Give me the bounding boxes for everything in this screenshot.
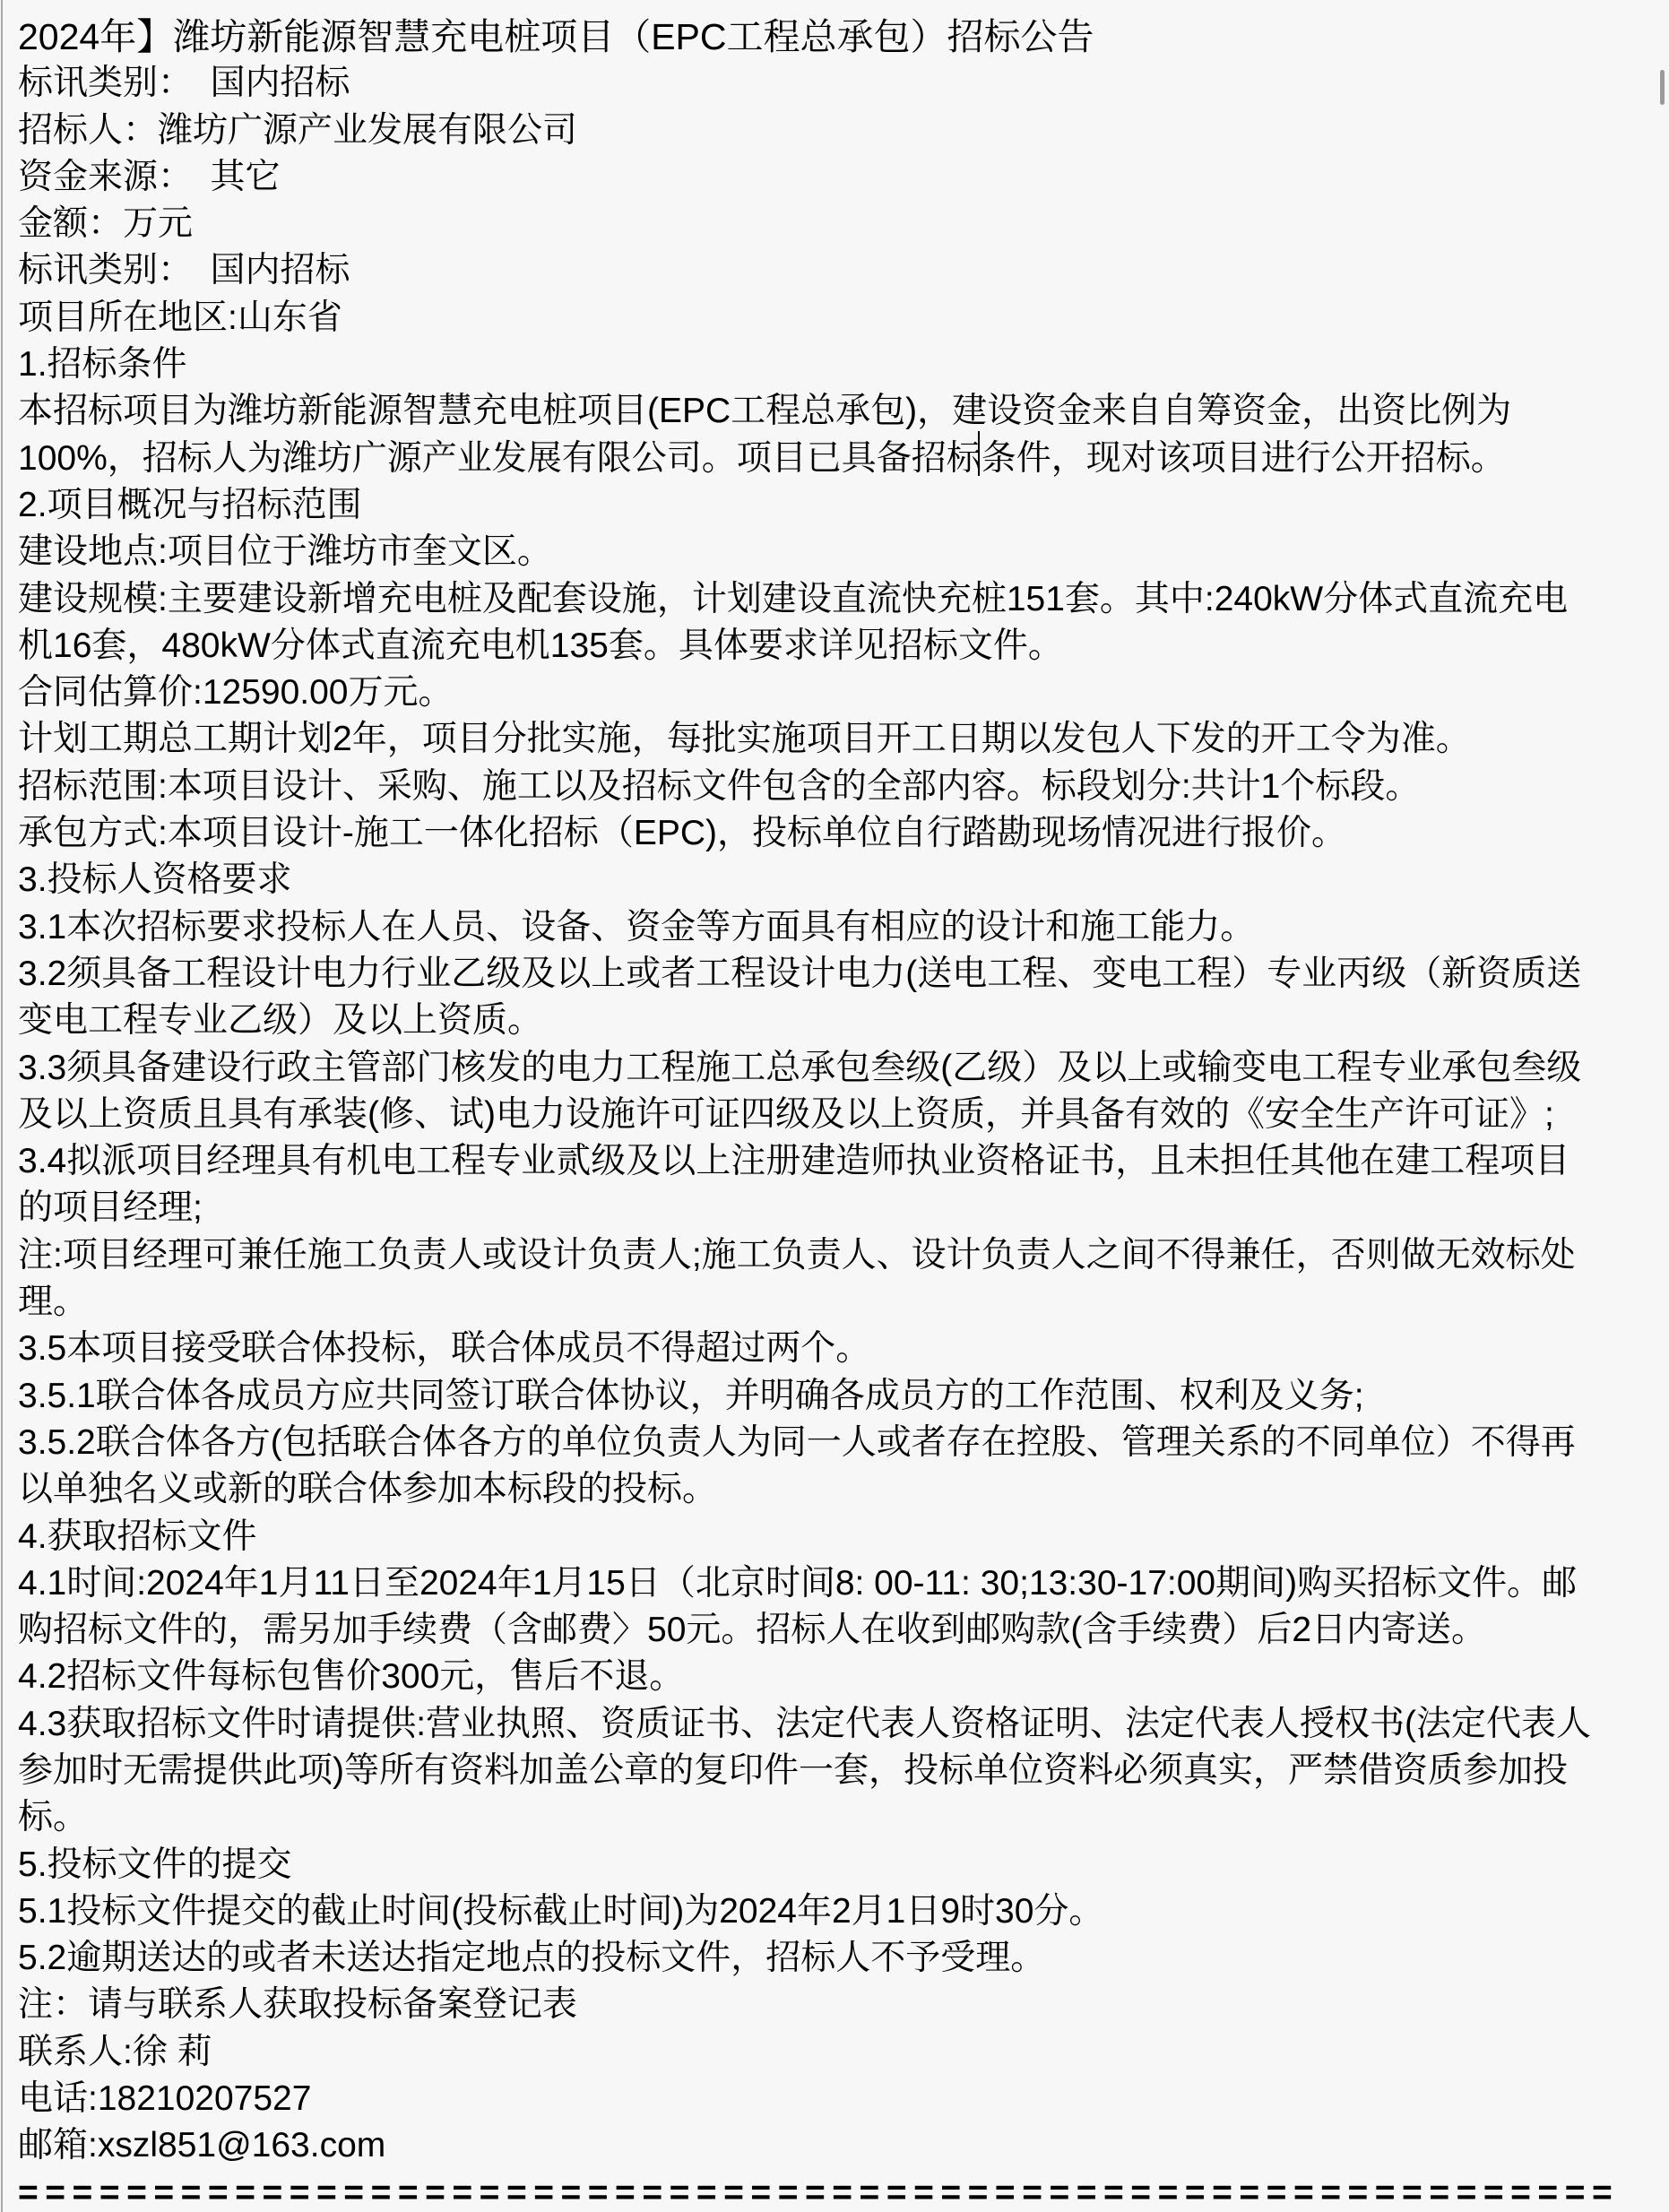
text-line: 建设规模:主要建设新增充电桩及配套设施，计划建设直流快充桩151套。其中:240… [18, 576, 1660, 623]
text-line: 招标范围:本项目设计、采购、施工以及招标文件包含的全部内容。标段划分:共计1个标… [18, 764, 1660, 810]
separator-line: ========================================… [18, 2170, 1660, 2212]
announcement-lines: 标讯类别： 国内招标招标人：潍坊广源产业发展有限公司资金来源： 其它金额：万元标… [18, 60, 1660, 2169]
text-line: 金额：万元 [18, 201, 1660, 247]
text-line: 标。 [18, 1794, 1660, 1841]
text-line: 本招标项目为潍坊新能源智慧充电桩项目(EPC工程总承包)，建设资金来自自筹资金，… [18, 388, 1660, 435]
text-line: 电话:18210207527 [18, 2076, 1660, 2122]
scrollbar-thumb[interactable] [1660, 70, 1665, 105]
text-line: 3.投标人资格要求 [18, 857, 1660, 903]
text-line: 100%，招标人为潍坊广源产业发展有限公司。项目已具备招标条件，现对该项目进行公… [18, 436, 1660, 482]
text-line: 联系人:徐 莉 [18, 2029, 1660, 2076]
text-line: 以单独名义或新的联合体参加本标段的投标。 [18, 1466, 1660, 1513]
text-line: 5.投标文件的提交 [18, 1842, 1660, 1888]
text-line: 4.3获取招标文件时请提供:营业执照、资质证书、法定代表人资格证明、法定代表人授… [18, 1701, 1660, 1748]
text-line: 机16套，480kW分体式直流充电机135套。具体要求详见招标文件。 [18, 623, 1660, 670]
text-line: 2.项目概况与招标范围 [18, 482, 1660, 529]
text-line: 参加时无需提供此项)等所有资料加盖公章的复印件一套，投标单位资料必须真实，严禁借… [18, 1748, 1660, 1794]
text-line: 项目所在地区:山东省 [18, 295, 1660, 341]
text-line: 3.2须具备工程设计电力行业乙级及以上或者工程设计电力(送电工程、变电工程）专业… [18, 951, 1660, 998]
text-line: 4.获取招标文件 [18, 1514, 1660, 1560]
text-line: 3.4拟派项目经理具有机电工程专业贰级及以上注册建造师执业资格证书，且未担任其他… [18, 1138, 1660, 1185]
text-line: 4.1时间:2024年1月11日至2024年1月15日（北京时间8: 00-11… [18, 1560, 1660, 1607]
text-line: 理。 [18, 1279, 1660, 1326]
announcement-page: 2024年】潍坊新能源智慧充电桩项目（EPC工程总承包）招标公告 标讯类别： 国… [0, 0, 1669, 2212]
text-line: 及以上资质且具有承装(修、试)电力设施许可证四级及以上资质，并具备有效的《安全生… [18, 1092, 1660, 1138]
text-line: 3.3须具备建设行政主管部门核发的电力工程施工总承包叁级(乙级）及以上或输变电工… [18, 1045, 1660, 1092]
text-line: 资金来源： 其它 [18, 154, 1660, 201]
text-line: 3.5本项目接受联合体投标，联合体成员不得超过两个。 [18, 1326, 1660, 1372]
text-line: 标讯类别： 国内招标 [18, 60, 1660, 107]
text-line: 3.1本次招标要求投标人在人员、设备、资金等方面具有相应的设计和施工能力。 [18, 904, 1660, 951]
text-line: 5.2逾期送达的或者未送达指定地点的投标文件，招标人不予受理。 [18, 1935, 1660, 1982]
text-line: 建设地点:项目位于潍坊市奎文区。 [18, 529, 1660, 575]
text-line: 合同估算价:12590.00万元。 [18, 670, 1660, 716]
text-line: 标讯类别： 国内招标 [18, 247, 1660, 294]
text-line: 3.5.1联合体各成员方应共同签订联合体协议，并明确各成员方的工作范围、权利及义… [18, 1373, 1660, 1420]
text-line: 计划工期总工期计划2年，项目分批实施，每批实施项目开工日期以发包人下发的开工令为… [18, 716, 1660, 763]
text-line: 变电工程专业乙级）及以上资质。 [18, 998, 1660, 1044]
text-caret [978, 431, 980, 476]
text-line: 注：请与联系人获取投标备案登记表 [18, 1982, 1660, 2028]
text-line: 招标人：潍坊广源产业发展有限公司 [18, 108, 1660, 154]
text-line: 5.1投标文件提交的截止时间(投标截止时间)为2024年2月1日9时30分。 [18, 1888, 1660, 1935]
page-title: 2024年】潍坊新能源智慧充电桩项目（EPC工程总承包）招标公告 [18, 13, 1660, 60]
text-line: 注:项目经理可兼任施工负责人或设计负责人;施工负责人、设计负责人之间不得兼任，否… [18, 1232, 1660, 1279]
text-line: 4.2招标文件每标包售价300元，售后不退。 [18, 1654, 1660, 1700]
announcement-content: 2024年】潍坊新能源智慧充电桩项目（EPC工程总承包）招标公告 标讯类别： 国… [0, 0, 1669, 2212]
text-line: 3.5.2联合体各方(包括联合体各方的单位负责人为同一人或者存在控股、管理关系的… [18, 1420, 1660, 1466]
text-line: 邮箱:xszl851@163.com [18, 2122, 1660, 2169]
text-line: 购招标文件的，需另加手续费（含邮费〉50元。招标人在收到邮购款(含手续费）后2日… [18, 1607, 1660, 1654]
text-line: 承包方式:本项目设计-施工一体化招标（EPC)，投标单位自行踏勘现场情况进行报价… [18, 810, 1660, 857]
text-line: 的项目经理; [18, 1185, 1660, 1231]
text-line: 1.招标条件 [18, 341, 1660, 388]
